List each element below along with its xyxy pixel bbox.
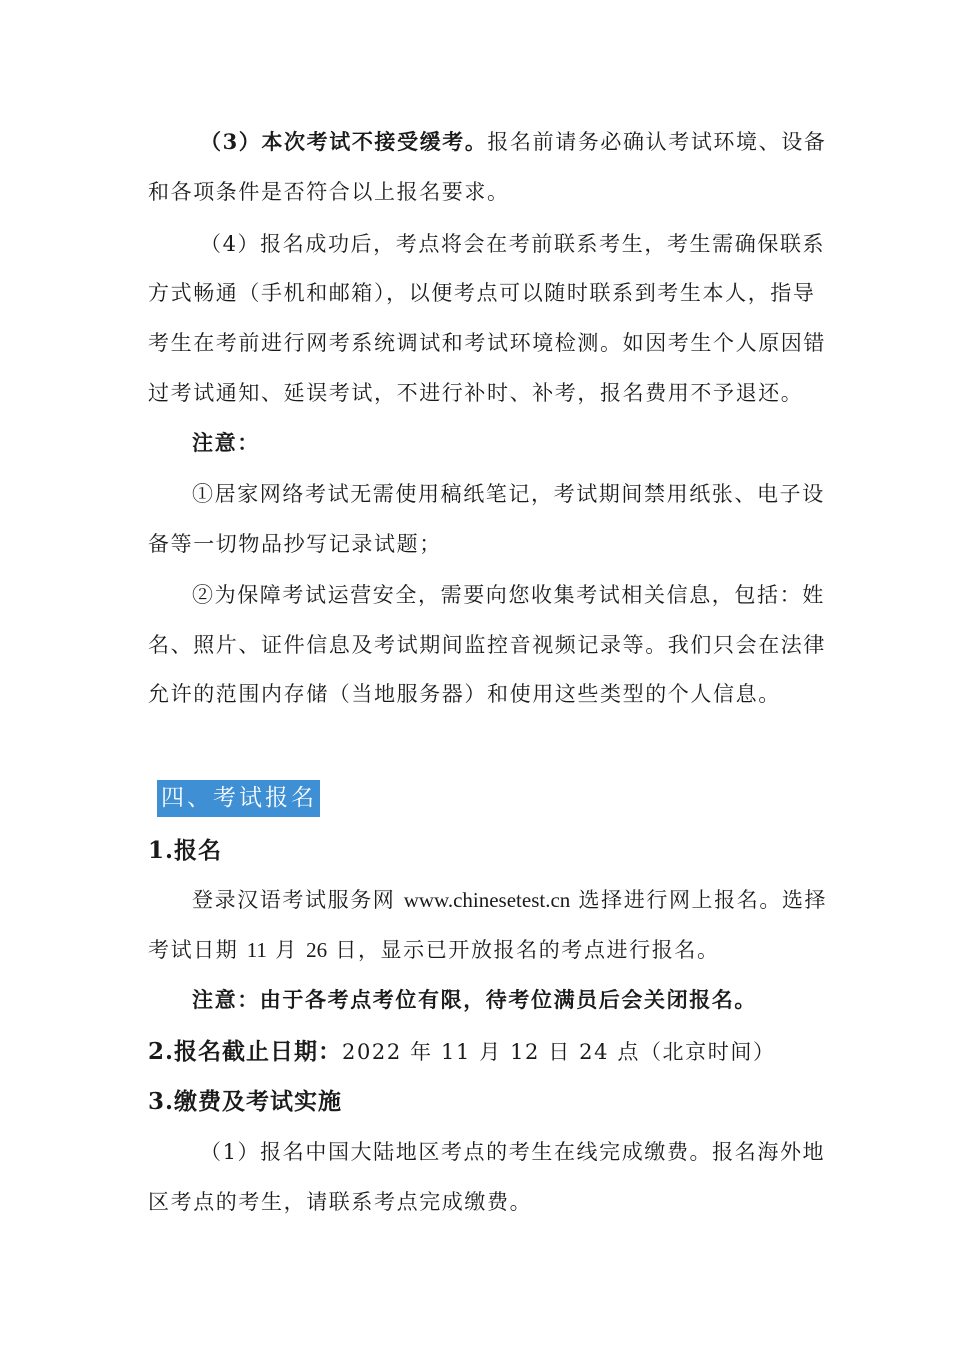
notice-item2-line1: ②为保障考试运营安全，需要向您收集考试相关信息，包括：姓 (192, 580, 812, 610)
para4-line1: （4）报名成功后，考点将会在考前联系考生，考生需确保联系 (200, 229, 812, 259)
sub1-line1-pre: 登录汉语考试服务网 (192, 888, 404, 912)
sub1-line1: 登录汉语考试服务网 www.chinesetest.cn 选择进行网上报名。选择 (192, 885, 812, 915)
notice-item1-line2: 备等一切物品抄写记录试题； (148, 529, 812, 559)
para3-line1-rest: 报名前请务必确认考试环境、设备 (487, 130, 826, 154)
para3-line1: （3）本次考试不接受缓考。报名前请务必确认考试环境、设备 (200, 127, 812, 157)
para3-line2: 和各项条件是否符合以上报名要求。 (148, 177, 812, 207)
sub2-title: 2.报名截止日期： (148, 1038, 342, 1065)
notice-item2-line3: 允许的范围内存储（当地服务器）和使用这些类型的个人信息。 (148, 679, 812, 709)
document-page: （3）本次考试不接受缓考。报名前请务必确认考试环境、设备 和各项条件是否符合以上… (0, 0, 960, 1357)
sub3-item1-line2: 区考点的考生，请联系考点完成缴费。 (148, 1187, 812, 1217)
sub1-title: 1.报名 (148, 836, 812, 866)
sub1-line2-post: 日，显示已开放报名的考点进行报名。 (327, 938, 719, 962)
para4-line3: 考生在考前进行网考系统调试和考试环境检测。如因考生个人原因错 (148, 328, 812, 358)
notice-item2-line2: 名、照片、证件信息及考试期间监控音视频记录等。我们只会在法律 (148, 630, 812, 660)
exam-day: 26 (306, 938, 327, 962)
para4-line2: 方式畅通（手机和邮箱），以便考点可以随时联系到考生本人，指导 (148, 278, 812, 308)
deadline-value: 2022 年 11 月 12 日 24 点（北京时间） (342, 1040, 776, 1064)
para3-bold-text: 本次考试不接受缓考。 (261, 129, 487, 154)
notice-title: 注意： (192, 428, 812, 458)
sub1-line1-post: 选择进行网上报名。选择 (570, 888, 827, 912)
section-header: 四、考试报名 (157, 780, 320, 817)
month-char: 月 (267, 938, 306, 962)
notice-item1-line1: ①居家网络考试无需使用稿纸笔记，考试期间禁用纸张、电子设 (192, 479, 812, 509)
sub1-line2-pre: 考试日期 (148, 938, 247, 962)
sub1-notice: 注意：由于各考点考位有限，待考位满员后会关闭报名。 (192, 985, 812, 1015)
sub2-line: 2.报名截止日期：2022 年 11 月 12 日 24 点（北京时间） (148, 1037, 812, 1067)
sub3-item1-line1: （1）报名中国大陆地区考点的考生在线完成缴费。报名海外地 (200, 1137, 812, 1167)
sub3-title: 3.缴费及考试实施 (148, 1087, 812, 1117)
website-link[interactable]: www.chinesetest.cn (404, 888, 571, 912)
para4-line4: 过考试通知、延误考试，不进行补时、补考，报名费用不予退还。 (148, 378, 812, 408)
exam-month: 11 (247, 938, 267, 962)
para3-label: （3） (200, 129, 261, 154)
sub1-line2: 考试日期 11 月 26 日，显示已开放报名的考点进行报名。 (148, 935, 812, 965)
